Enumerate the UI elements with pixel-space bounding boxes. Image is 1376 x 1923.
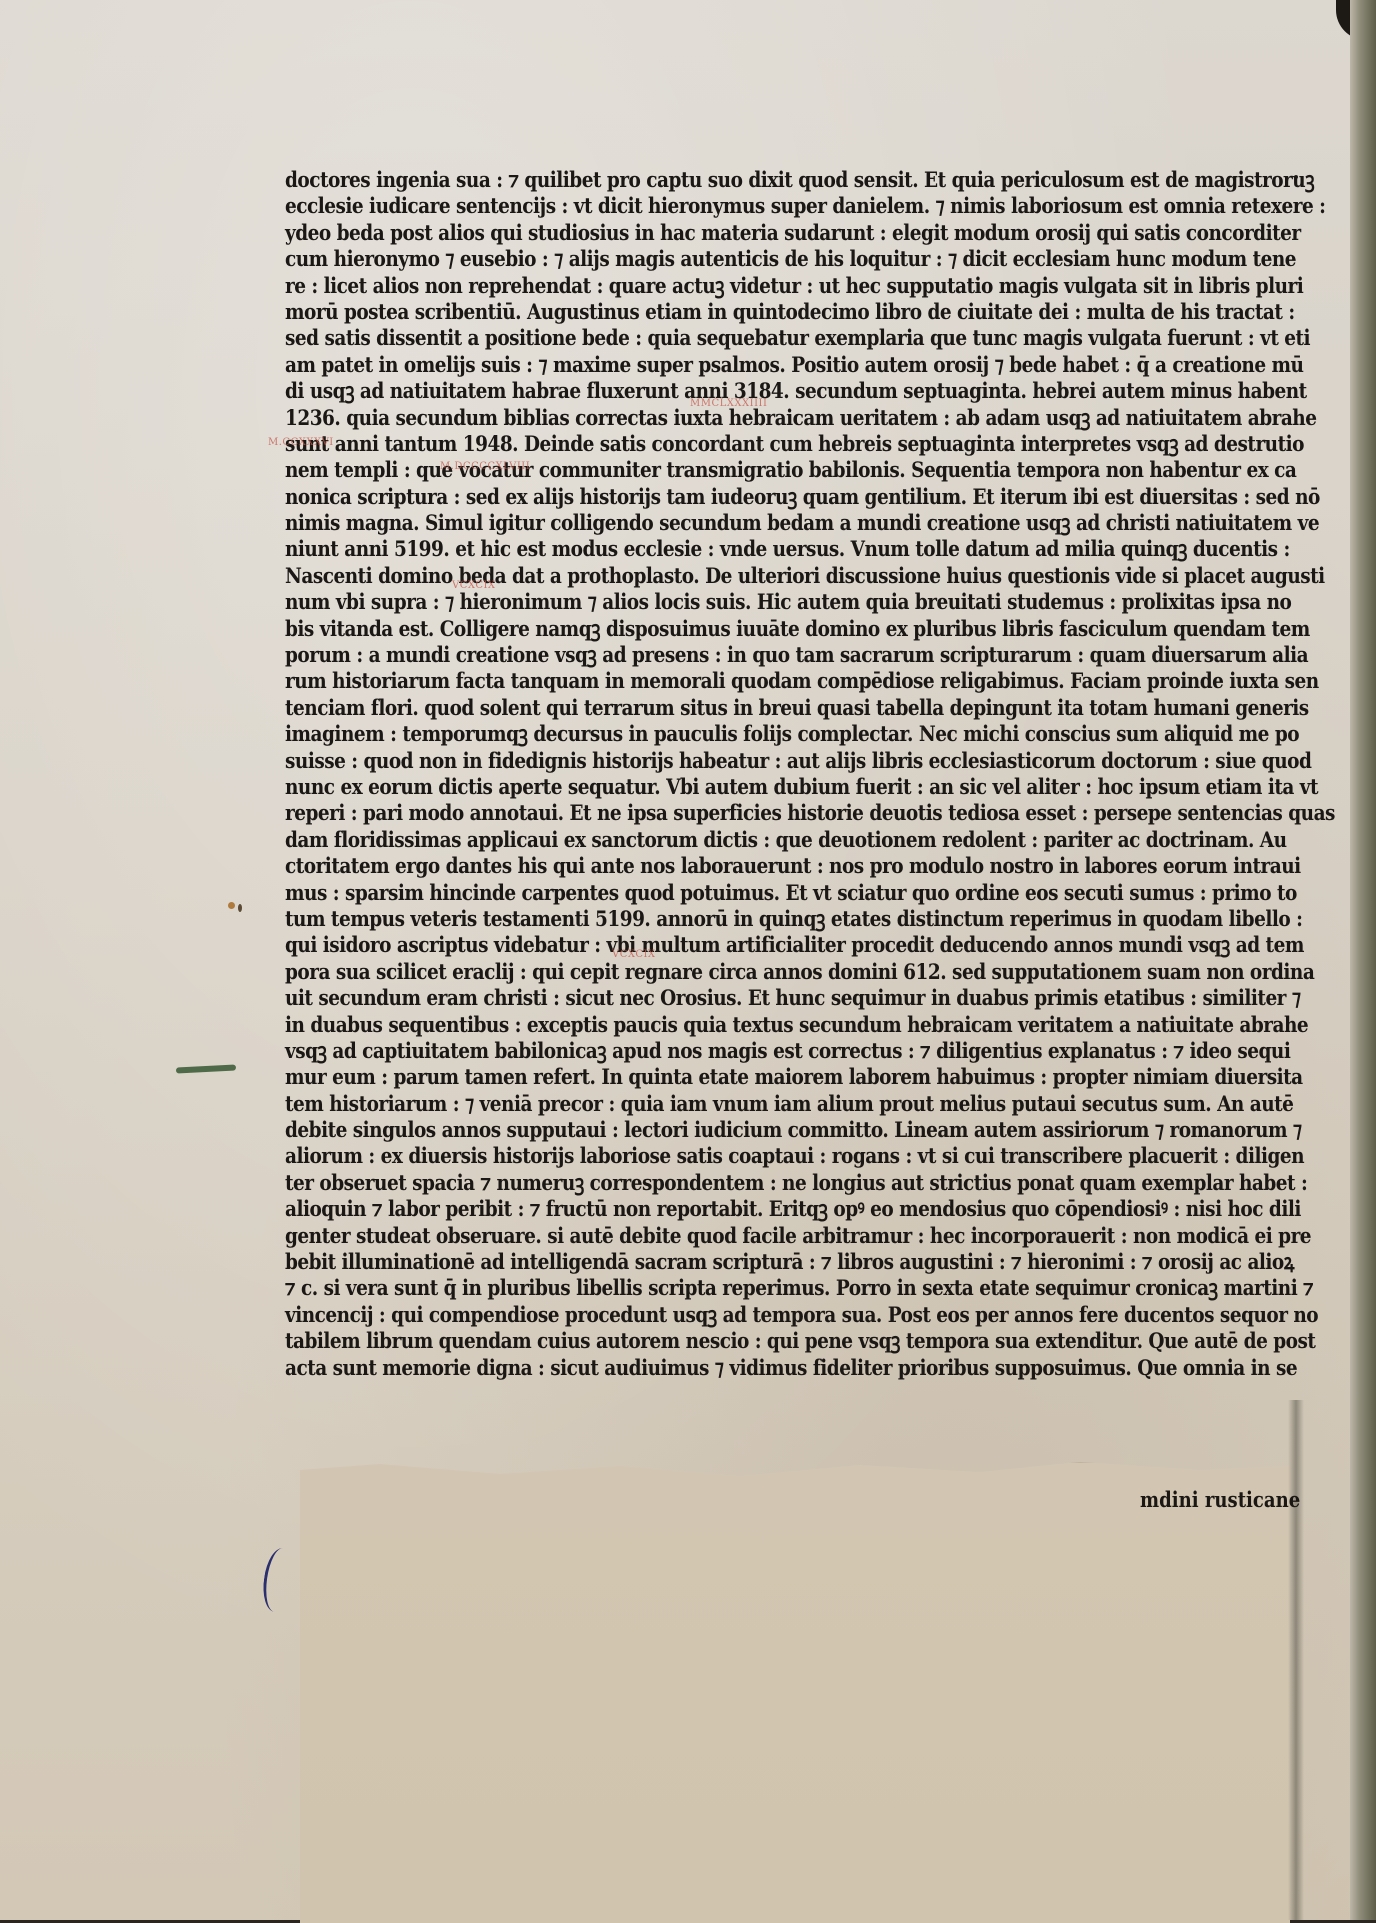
rubric-marginal-note: M.DCCCCXLVIII <box>440 461 530 472</box>
text-line: dam floridissimas applicaui ex sanctorum… <box>285 828 1145 854</box>
text-line: tem historiarum : ⁊ veniā precor : quia … <box>285 1092 1145 1118</box>
text-line: re : licet alios non reprehendat : quare… <box>285 274 1145 300</box>
text-line: nonica scriptura : sed ex alijs historij… <box>285 485 1145 511</box>
text-line: nunc ex eorum dictis aperte sequatur. Vb… <box>285 775 1145 801</box>
binding-edge <box>1350 0 1376 1920</box>
text-line: cum hieronymo ⁊ eusebio : ⁊ alijs magis … <box>285 247 1145 273</box>
stain-speck <box>238 904 242 912</box>
text-line: ⁊ c. si vera sunt q̄ in pluribus libelli… <box>285 1276 1145 1302</box>
text-line: rum historiarum facta tanquam in memoral… <box>285 669 1145 695</box>
text-line: alioquin ⁊ labor peribit : ⁊ fructū non … <box>285 1197 1145 1223</box>
text-line: suisse : quod non in fidedignis historij… <box>285 749 1145 775</box>
stain-speck <box>228 902 235 909</box>
text-line: tum tempus veteris testamenti 5199. anno… <box>285 907 1145 933</box>
text-line: Nascenti domino beda dat a prothoplasto.… <box>285 564 1145 590</box>
text-line: sunt anni tantum 1948. Deinde satis conc… <box>285 432 1145 458</box>
rubric-marginal-note: VCXCIX <box>452 580 496 591</box>
torn-paper-overlay <box>300 1462 1290 1920</box>
blue-pen-mark <box>260 1546 298 1613</box>
text-line: reperi : pari modo annotaui. Et ne ipsa … <box>285 801 1145 827</box>
text-line: in duabus sequentibus : exceptis paucis … <box>285 1013 1145 1039</box>
text-line: mus : sparsim hincinde carpentes quod po… <box>285 881 1145 907</box>
text-line: aliorum : ex diuersis historijs laborios… <box>285 1144 1145 1170</box>
text-line: debite singulos annos supputaui : lector… <box>285 1118 1145 1144</box>
text-line: bebit illuminationē ad intelligendā sacr… <box>285 1250 1145 1276</box>
text-line: nem templi : que vocatur communiter tran… <box>285 458 1145 484</box>
text-line: tabilem librum quendam cuius autorem nes… <box>285 1329 1145 1355</box>
text-line: imaginem : temporumqꝫ decursus in paucul… <box>285 722 1145 748</box>
rubric-marginal-note: M.CCXXXVI <box>268 437 334 448</box>
green-ink-smear <box>176 1064 236 1073</box>
text-line: mur eum : parum tamen refert. In quinta … <box>285 1065 1145 1091</box>
text-line: qui isidoro ascriptus videbatur : vbi mu… <box>285 933 1145 959</box>
text-line: vsqꝫ ad captiuitatem babilonicaꝫ apud no… <box>285 1039 1145 1065</box>
text-line: pora sua scilicet eraclij : qui cepit re… <box>285 960 1145 986</box>
text-line: acta sunt memorie digna : sicut audiuimu… <box>285 1356 1145 1382</box>
text-line: ter obseruet spacia ⁊ numeruꝫ correspond… <box>285 1171 1145 1197</box>
text-line: niunt anni 5199. et hic est modus eccles… <box>285 537 1145 563</box>
rubric-marginal-note: MMCLXXXIIII <box>690 398 767 409</box>
text-line: doctores ingenia sua : ⁊ quilibet pro ca… <box>285 168 1145 194</box>
text-line: uit secundum eram christi : sicut nec Or… <box>285 986 1145 1012</box>
text-line: am patet in omelijs suis : ⁊ maxime supe… <box>285 353 1145 379</box>
text-line: porum : a mundi creatione vsqꝫ ad presen… <box>285 643 1145 669</box>
text-line: genter studeat obseruare. si autē debite… <box>285 1224 1145 1250</box>
text-line: morū postea scribentiū. Augustinus etiam… <box>285 300 1145 326</box>
text-line: 1236. quia secundum biblias correctas iu… <box>285 406 1145 432</box>
text-line: sed satis dissentit a positione bede : q… <box>285 326 1145 352</box>
main-text-block: doctores ingenia sua : ⁊ quilibet pro ca… <box>285 168 1285 1382</box>
scanned-page: doctores ingenia sua : ⁊ quilibet pro ca… <box>0 0 1376 1920</box>
text-line: ecclesie iudicare sentencijs : vt dicit … <box>285 194 1145 220</box>
text-line: tenciam flori. quod solent qui terrarum … <box>285 696 1145 722</box>
rubric-marginal-note: VCXCIX <box>612 949 656 960</box>
text-line: num vbi supra : ⁊ hieronimum ⁊ alios loc… <box>285 590 1145 616</box>
torn-tail-text: mdini rusticane <box>1140 1487 1300 1512</box>
paper-fold-shadow <box>1288 1400 1304 1920</box>
text-line: bis vitanda est. Colligere namqꝫ disposu… <box>285 617 1145 643</box>
text-line: nimis magna. Simul igitur colligendo sec… <box>285 511 1145 537</box>
text-line: vincencij : qui compendiose procedunt us… <box>285 1303 1145 1329</box>
text-line: ctoritatem ergo dantes his qui ante nos … <box>285 854 1145 880</box>
text-line: ydeo beda post alios qui studiosius in h… <box>285 221 1145 247</box>
